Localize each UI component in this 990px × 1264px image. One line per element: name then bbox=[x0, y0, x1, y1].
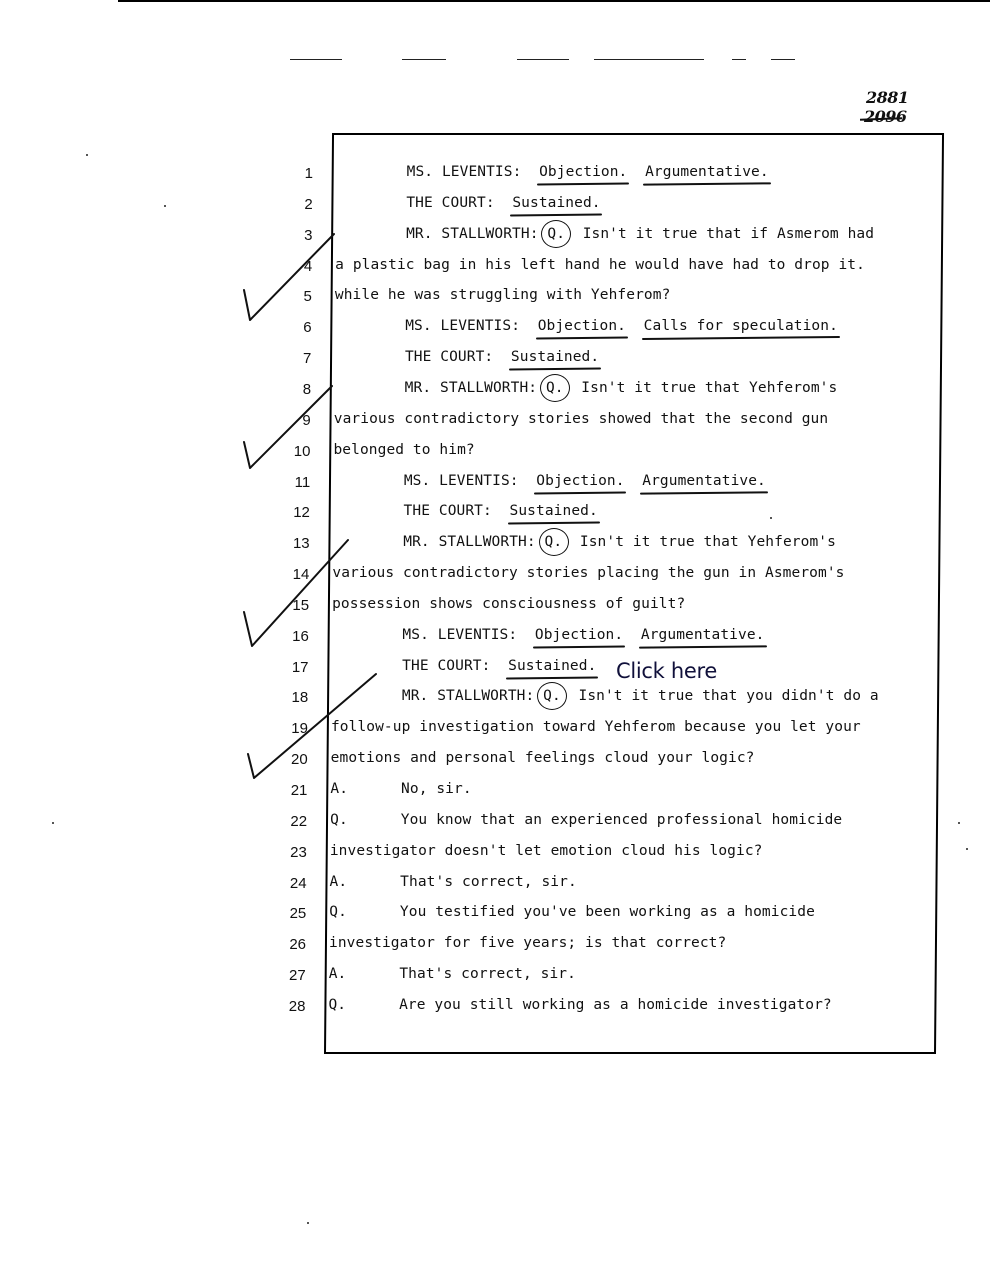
line-number: 20 bbox=[268, 751, 308, 768]
line-segment: MR. STALLWORTH: bbox=[334, 380, 546, 396]
line-number: 23 bbox=[267, 844, 307, 861]
line-segment: Q. Are you still working as a homicide i… bbox=[328, 997, 831, 1013]
scan-speck bbox=[52, 822, 54, 824]
page-number-current: 2881 bbox=[866, 88, 909, 107]
line-number: 18 bbox=[268, 689, 308, 706]
transcript-line: a plastic bag in his left hand he would … bbox=[335, 257, 865, 273]
line-number: 2 bbox=[273, 196, 313, 213]
transcript-line: THE COURT: Sustained. bbox=[332, 658, 597, 674]
line-segment: THE COURT: bbox=[334, 349, 511, 365]
underlined-text: Objection. bbox=[536, 473, 624, 489]
transcript-line: MR. STALLWORTH: Q. Isn't it true that if… bbox=[335, 226, 874, 242]
scan-speck bbox=[966, 848, 968, 850]
line-number: 13 bbox=[270, 535, 310, 552]
transcript-line: follow-up investigation toward Yehferom … bbox=[331, 719, 861, 735]
line-segment: MS. LEVENTIS: bbox=[336, 164, 539, 180]
line-segment: follow-up investigation toward Yehferom … bbox=[331, 719, 861, 735]
transcript-line: MS. LEVENTIS: Objection. Argumentative. bbox=[336, 164, 769, 180]
line-segment: Isn't it true that if Asmerom had bbox=[565, 226, 874, 242]
underlined-text: Argumentative. bbox=[645, 164, 769, 180]
transcript-line: Q. You testified you've been working as … bbox=[329, 904, 815, 920]
transcript-line: A. No, sir. bbox=[330, 781, 471, 797]
click-here-link[interactable]: Click here bbox=[616, 659, 717, 683]
line-segment: MS. LEVENTIS: bbox=[332, 627, 535, 643]
top-border-rule bbox=[118, 0, 990, 2]
line-segment bbox=[627, 164, 645, 180]
line-number: 4 bbox=[272, 258, 312, 275]
circled-q-mark: Q. bbox=[543, 688, 561, 704]
line-number: 25 bbox=[266, 905, 306, 922]
line-segment: a plastic bag in his left hand he would … bbox=[335, 257, 865, 273]
line-number: 6 bbox=[272, 319, 312, 336]
scan-speck bbox=[958, 822, 960, 824]
transcript-line: Q. Are you still working as a homicide i… bbox=[328, 997, 831, 1013]
transcript-line: MR. STALLWORTH: Q. Isn't it true that yo… bbox=[331, 688, 878, 704]
line-segment: Isn't it true that Yehferom's bbox=[564, 380, 838, 396]
transcript-line: THE COURT: Sustained. bbox=[333, 503, 598, 519]
line-number: 10 bbox=[270, 443, 310, 460]
header-rule bbox=[290, 59, 342, 60]
circled-q-mark: Q. bbox=[546, 380, 564, 396]
line-segment: investigator for five years; is that cor… bbox=[329, 935, 726, 951]
line-segment: various contradictory stories placing th… bbox=[332, 565, 844, 581]
line-segment: various contradictory stories showed tha… bbox=[334, 411, 828, 427]
transcript-line: THE COURT: Sustained. bbox=[334, 349, 599, 365]
underlined-text: Objection. bbox=[538, 318, 626, 334]
line-segment: MR. STALLWORTH: bbox=[333, 534, 545, 550]
line-segment: A. That's correct, sir. bbox=[329, 966, 576, 982]
line-number: 14 bbox=[269, 566, 309, 583]
underlined-text: Objection. bbox=[539, 164, 627, 180]
line-segment bbox=[625, 473, 643, 489]
transcript-line: THE COURT: Sustained. bbox=[336, 195, 601, 211]
line-number: 1 bbox=[273, 165, 313, 182]
underlined-text: Sustained. bbox=[511, 349, 599, 365]
underlined-text: Sustained. bbox=[510, 503, 598, 519]
line-number: 9 bbox=[271, 412, 311, 429]
line-segment bbox=[626, 318, 644, 334]
transcript-line: MS. LEVENTIS: Objection. Calls for specu… bbox=[335, 318, 838, 334]
line-segment: while he was struggling with Yehferom? bbox=[335, 287, 671, 303]
underlined-text: Argumentative. bbox=[641, 627, 765, 643]
line-segment: MR. STALLWORTH: bbox=[331, 688, 543, 704]
header-rule bbox=[517, 59, 569, 60]
underlined-text: Calls for speculation. bbox=[644, 318, 838, 334]
line-segment: Q. You know that an experienced professi… bbox=[330, 812, 842, 828]
transcript-line: investigator doesn't let emotion cloud h… bbox=[330, 843, 763, 859]
line-number: 28 bbox=[265, 998, 305, 1015]
transcript-line: various contradictory stories showed tha… bbox=[334, 411, 828, 427]
transcript-line: A. That's correct, sir. bbox=[330, 874, 577, 890]
transcript-line: belonged to him? bbox=[333, 442, 474, 458]
underlined-text: Sustained. bbox=[508, 658, 596, 674]
line-segment: MR. STALLWORTH: bbox=[335, 226, 547, 242]
line-segment: THE COURT: bbox=[332, 658, 509, 674]
header-rule bbox=[594, 59, 704, 60]
line-number: 11 bbox=[270, 474, 310, 491]
transcript-line: investigator for five years; is that cor… bbox=[329, 935, 726, 951]
line-segment bbox=[623, 627, 641, 643]
line-segment: MS. LEVENTIS: bbox=[333, 473, 536, 489]
header-rule bbox=[732, 59, 746, 60]
line-segment: THE COURT: bbox=[333, 503, 510, 519]
scan-speck bbox=[164, 205, 166, 207]
line-number: 12 bbox=[270, 504, 310, 521]
transcript-line: while he was struggling with Yehferom? bbox=[335, 287, 671, 303]
scan-speck bbox=[307, 1222, 309, 1224]
line-number: 24 bbox=[267, 875, 307, 892]
line-number: 16 bbox=[269, 628, 309, 645]
line-number: 15 bbox=[269, 597, 309, 614]
scan-speck bbox=[770, 517, 772, 519]
line-number: 17 bbox=[269, 659, 309, 676]
line-segment: investigator doesn't let emotion cloud h… bbox=[330, 843, 763, 859]
line-segment: A. No, sir. bbox=[330, 781, 471, 797]
line-number: 5 bbox=[272, 288, 312, 305]
underlined-text: Objection. bbox=[535, 627, 623, 643]
header-rule bbox=[402, 59, 446, 60]
line-segment: Q. You testified you've been working as … bbox=[329, 904, 815, 920]
line-segment: MS. LEVENTIS: bbox=[335, 318, 538, 334]
underlined-text: Sustained. bbox=[512, 195, 600, 211]
line-segment: belonged to him? bbox=[333, 442, 474, 458]
transcript-line: MR. STALLWORTH: Q. Isn't it true that Ye… bbox=[334, 380, 837, 396]
line-segment: Isn't it true that Yehferom's bbox=[562, 534, 836, 550]
line-segment: emotions and personal feelings cloud you… bbox=[331, 750, 755, 766]
transcript-line: MR. STALLWORTH: Q. Isn't it true that Ye… bbox=[333, 534, 836, 550]
transcript-line: MS. LEVENTIS: Objection. Argumentative. bbox=[332, 627, 765, 643]
page-number-previous: 2096 bbox=[864, 107, 907, 126]
line-segment: possession shows consciousness of guilt? bbox=[332, 596, 685, 612]
line-number: 19 bbox=[268, 720, 308, 737]
line-number: 27 bbox=[266, 967, 306, 984]
circled-q-mark: Q. bbox=[547, 226, 565, 242]
line-number: 26 bbox=[266, 936, 306, 953]
line-segment: A. That's correct, sir. bbox=[330, 874, 577, 890]
line-number: 22 bbox=[267, 813, 307, 830]
transcript-line: emotions and personal feelings cloud you… bbox=[331, 750, 755, 766]
underlined-text: Argumentative. bbox=[642, 473, 766, 489]
line-number: 3 bbox=[272, 227, 312, 244]
transcript-line: possession shows consciousness of guilt? bbox=[332, 596, 685, 612]
line-segment: Isn't it true that you didn't do a bbox=[561, 688, 879, 704]
scan-speck bbox=[86, 154, 88, 156]
transcript-line: MS. LEVENTIS: Objection. Argumentative. bbox=[333, 473, 766, 489]
line-segment: THE COURT: bbox=[336, 195, 513, 211]
circled-q-mark: Q. bbox=[545, 534, 563, 550]
line-number: 8 bbox=[271, 381, 311, 398]
transcript-line: Q. You know that an experienced professi… bbox=[330, 812, 842, 828]
line-number: 7 bbox=[271, 350, 311, 367]
line-number: 21 bbox=[267, 782, 307, 799]
transcript-line: A. That's correct, sir. bbox=[329, 966, 576, 982]
header-rule bbox=[771, 59, 795, 60]
transcript-line: various contradictory stories placing th… bbox=[332, 565, 844, 581]
